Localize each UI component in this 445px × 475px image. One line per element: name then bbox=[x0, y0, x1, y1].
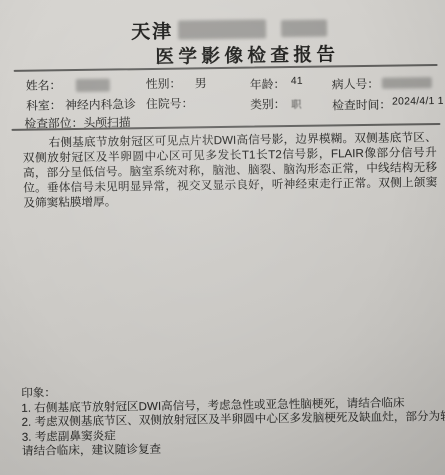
hospital-name-redaction-1 bbox=[178, 19, 266, 39]
hospital-name-redaction-2 bbox=[281, 20, 327, 38]
hospital-name-line: 天津 bbox=[131, 15, 327, 45]
exam-time-value: 2024/4/1 1 bbox=[392, 96, 444, 108]
patient-no-label: 病人号： bbox=[332, 75, 379, 93]
name-label: 姓名： bbox=[26, 76, 62, 93]
age-value: 41 bbox=[291, 76, 303, 87]
impression-section: 印象： 1. 右侧基底节放射冠区DWI高信号，考虑急性或亚急性脑梗死，请结合临床… bbox=[21, 380, 445, 459]
hospital-city: 天津 bbox=[131, 17, 173, 45]
findings-paragraph: 右侧基底节放射冠区可见点片状DWI高信号影，边界模糊。双侧基底节区、双侧放射冠区… bbox=[23, 130, 438, 211]
paper-sheet: 天津 医学影像检查报告 姓名： 性别： 男 年龄： 41 病人号： 科室： 神经… bbox=[0, 0, 445, 475]
gender-label: 性别： bbox=[146, 75, 182, 92]
age-label: 年龄： bbox=[250, 75, 286, 92]
patient-no-redaction bbox=[382, 77, 432, 89]
department-label: 科室： bbox=[26, 96, 62, 113]
gender-value: 男 bbox=[195, 74, 207, 91]
report-photo: 天津 医学影像检查报告 姓名： 性别： 男 年龄： 41 病人号： 科室： 神经… bbox=[0, 0, 445, 475]
department-value: 神经内科急诊 bbox=[65, 95, 136, 113]
report-title: 医学影像检查报告 bbox=[155, 40, 339, 69]
category-label: 类别： bbox=[250, 95, 286, 112]
exam-time-label: 检查时间： bbox=[332, 96, 391, 114]
category-value: 职 bbox=[291, 96, 302, 111]
inpatient-no-label: 住院号： bbox=[146, 94, 193, 112]
name-redaction bbox=[76, 79, 110, 92]
